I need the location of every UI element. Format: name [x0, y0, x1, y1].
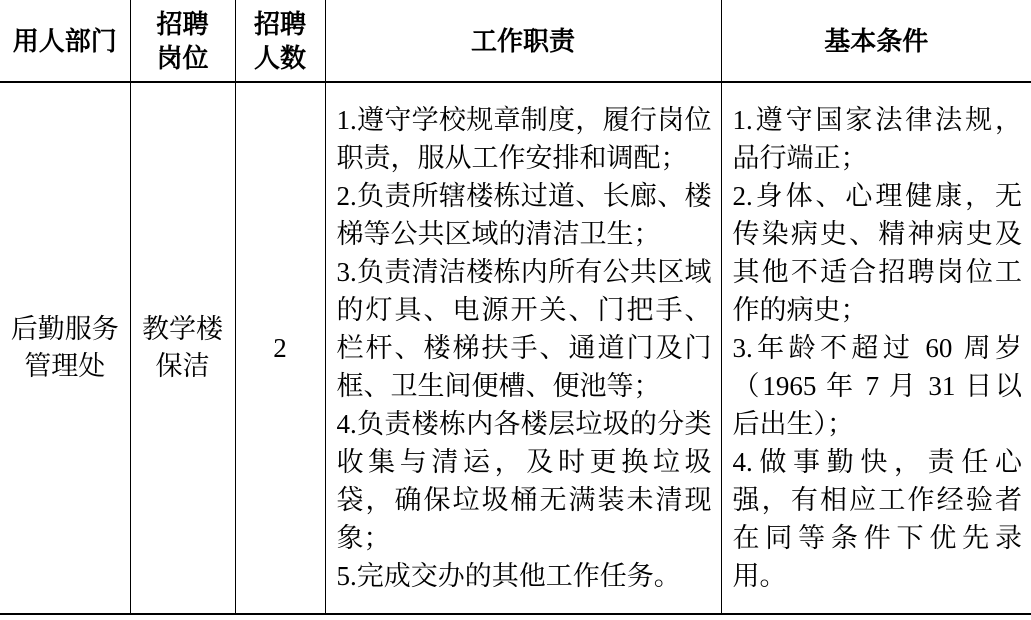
list-item: 3.负责清洁楼栋内所有公共区域的灯具、电源开关、门把手、栏杆、楼梯扶手、通道门及… [337, 253, 712, 405]
list-item: 1.遵守学校规章制度，履行岗位职责，服从工作安排和调配； [337, 101, 712, 177]
list-item: 1.遵守国家法律法规，品行端正； [733, 101, 1023, 177]
cell-requirements: 1.遵守国家法律法规，品行端正；2.身体、心理健康，无传染病史、精神病史及其他不… [721, 82, 1031, 614]
recruitment-notice-page: 用人部门 招聘 岗位 招聘 人数 工作职责 基本条件 后勤服务 管理处 教学楼 … [0, 0, 1031, 620]
list-item: 2.负责所辖楼栋过道、长廊、楼梯等公共区域的清洁卫生； [337, 177, 712, 253]
list-item: 4.做事勤快，责任心强，有相应工作经验者在同等条件下优先录用。 [733, 443, 1023, 595]
list-item: 5.完成交办的其他工作任务。 [337, 557, 712, 595]
header-department: 用人部门 [0, 0, 130, 82]
list-item: 4.负责楼栋内各楼层垃圾的分类收集与清运，及时更换垃圾袋，确保垃圾桶无满装未清现… [337, 405, 712, 557]
list-item: 2.身体、心理健康，无传染病史、精神病史及其他不适合招聘岗位工作的病史； [733, 177, 1023, 329]
header-duties: 工作职责 [325, 0, 721, 82]
cell-department: 后勤服务 管理处 [0, 82, 130, 614]
recruitment-table: 用人部门 招聘 岗位 招聘 人数 工作职责 基本条件 后勤服务 管理处 教学楼 … [0, 0, 1031, 615]
cell-headcount: 2 [235, 82, 325, 614]
header-row: 用人部门 招聘 岗位 招聘 人数 工作职责 基本条件 [0, 0, 1031, 82]
header-headcount: 招聘 人数 [235, 0, 325, 82]
table-row: 后勤服务 管理处 教学楼 保洁 2 1.遵守学校规章制度，履行岗位职责，服从工作… [0, 82, 1031, 614]
header-requirements: 基本条件 [721, 0, 1031, 82]
cell-position: 教学楼 保洁 [130, 82, 235, 614]
header-position: 招聘 岗位 [130, 0, 235, 82]
list-item: 3.年龄不超过 60 周岁（1965 年 7 月 31 日以后出生）； [733, 329, 1023, 443]
cell-duties: 1.遵守学校规章制度，履行岗位职责，服从工作安排和调配；2.负责所辖楼栋过道、长… [325, 82, 721, 614]
